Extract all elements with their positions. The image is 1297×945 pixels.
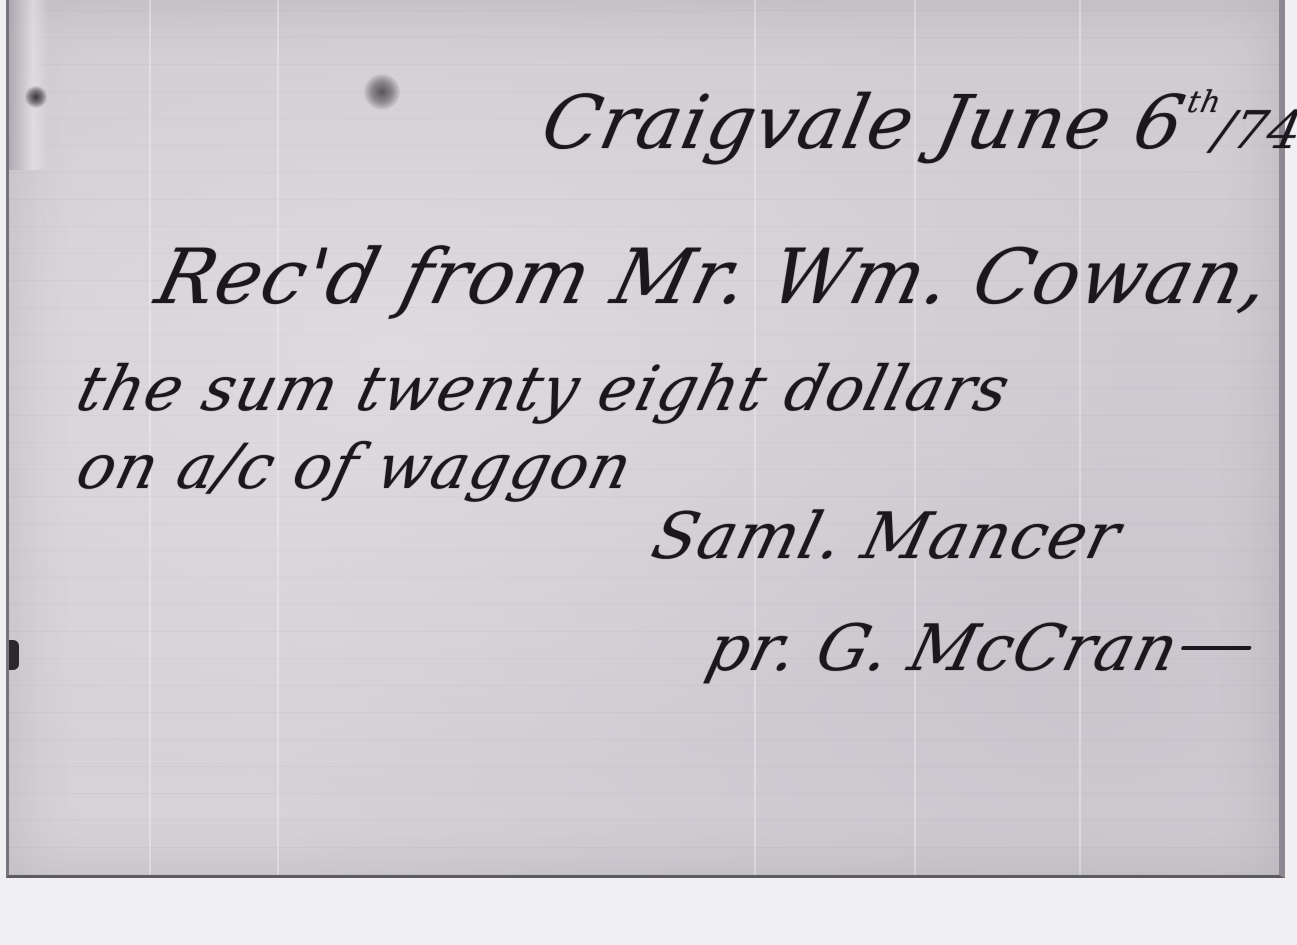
signature-flourish xyxy=(1181,646,1252,650)
ink-spot xyxy=(25,86,47,108)
torn-edge xyxy=(9,0,49,170)
month: June xyxy=(929,80,1120,166)
place-and-date: Craigvale June 6th/74 xyxy=(535,80,1297,166)
place-name: Craigvale xyxy=(535,80,923,166)
scanned-receipt-image: Craigvale June 6th/74 Rec'd from Mr. Wm.… xyxy=(0,0,1297,945)
ink-spot xyxy=(364,74,400,110)
day: 6 xyxy=(1126,80,1192,166)
receipt-line-1: Rec'd from Mr. Wm. Cowan, xyxy=(148,232,1280,321)
receipt-line-2: the sum twenty eight dollars xyxy=(70,352,1018,425)
paper-sheet: Craigvale June 6th/74 Rec'd from Mr. Wm.… xyxy=(6,0,1285,878)
year: /74 xyxy=(1209,101,1297,161)
edge-damage xyxy=(9,640,19,670)
per-text: pr. G. McCran xyxy=(700,612,1187,686)
signature-name: Saml. Mancer xyxy=(645,500,1129,574)
signature-per: pr. G. McCran xyxy=(700,612,1261,686)
receipt-line-3: on a/c of waggon xyxy=(70,430,640,503)
